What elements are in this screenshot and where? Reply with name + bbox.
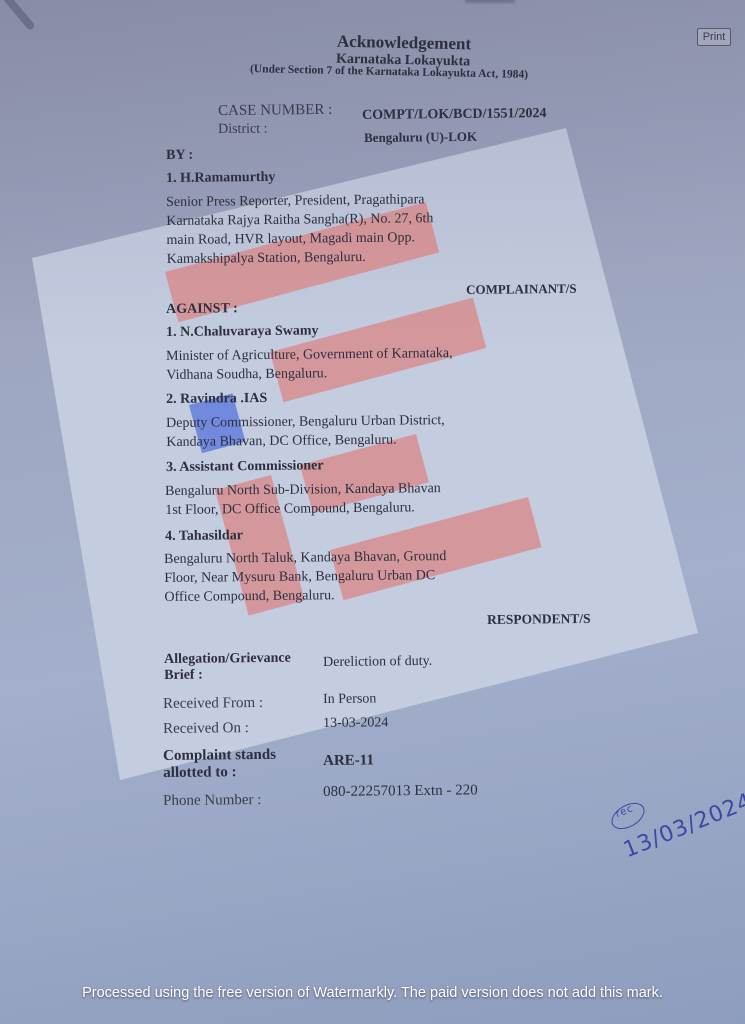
case-number-value: COMPT/LOK/BCD/1551/2024 bbox=[362, 106, 547, 124]
respondent-3-name: 3. Assistant Commissioner bbox=[166, 458, 324, 476]
watermark-notice: Processed using the free version of Wate… bbox=[0, 985, 745, 1001]
allegation-value: Dereliction of duty. bbox=[323, 654, 432, 671]
received-on-label: Received On : bbox=[163, 720, 249, 738]
received-on-value: 13-03-2024 bbox=[323, 715, 388, 732]
respondent-1-name: 1. N.Chaluvaraya Swamy bbox=[166, 323, 319, 341]
phone-label: Phone Number : bbox=[163, 792, 262, 810]
district-label: District : bbox=[218, 121, 268, 138]
complainant-name: 1. H.Ramamurthy bbox=[166, 170, 275, 187]
respondent-3-address: Bengaluru North Sub-Division, Kandaya Bh… bbox=[165, 479, 441, 520]
pen-tip bbox=[0, 0, 36, 31]
case-number-label: CASE NUMBER : bbox=[218, 102, 332, 120]
received-from-value: In Person bbox=[323, 691, 376, 708]
allotted-value: ARE-11 bbox=[323, 752, 374, 770]
act-reference: (Under Section 7 of the Karnataka Lokayu… bbox=[250, 63, 528, 81]
respondent-1-address: Minister of Agriculture, Government of K… bbox=[166, 344, 453, 385]
handwritten-date: 13/03/2024 bbox=[620, 789, 745, 863]
complainant-role: COMPLAINANT/S bbox=[466, 281, 577, 298]
respondent-4-address: Bengaluru North Taluk, Kandaya Bhavan, G… bbox=[164, 547, 447, 607]
print-button[interactable]: Print bbox=[697, 28, 731, 46]
allegation-label: Allegation/Grievance Brief : bbox=[164, 651, 291, 684]
respondent-role: RESPONDENT/S bbox=[487, 611, 591, 628]
against-heading: AGAINST : bbox=[166, 301, 238, 318]
cut-off-text bbox=[465, 0, 515, 3]
phone-value: 080-22257013 Extn - 220 bbox=[323, 782, 478, 801]
by-heading: BY : bbox=[166, 148, 193, 164]
allotted-label: Complaint stands allotted to : bbox=[163, 747, 276, 782]
district-value: Bengaluru (U)-LOK bbox=[364, 129, 477, 146]
complainant-address: Senior Press Reporter, President, Pragat… bbox=[166, 190, 434, 269]
respondent-4-name: 4. Tahasildar bbox=[165, 528, 243, 545]
respondent-2-name: 2. Ravindra .IAS bbox=[166, 391, 267, 408]
document-title: Acknowledgement bbox=[337, 32, 471, 55]
received-from-label: Received From : bbox=[163, 695, 263, 713]
respondent-2-address: Deputy Commissioner, Bengaluru Urban Dis… bbox=[166, 411, 445, 452]
